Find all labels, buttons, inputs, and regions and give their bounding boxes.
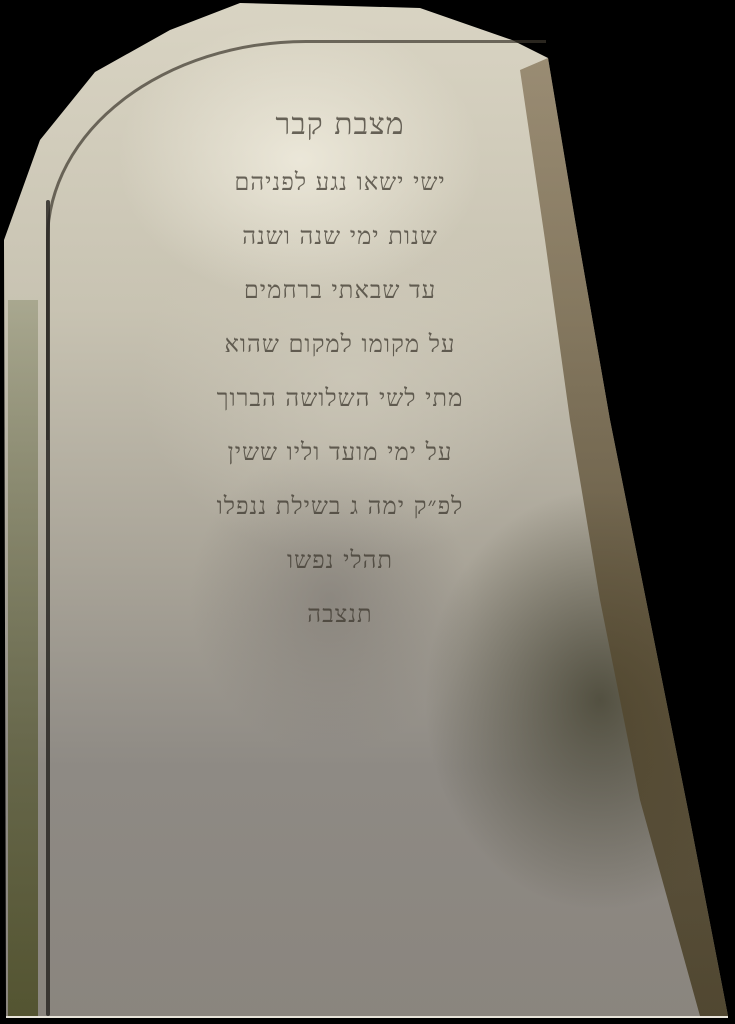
inscription-line: מתי לשי השלושה הברוך <box>120 371 560 425</box>
photo-bottom-border <box>6 1016 728 1018</box>
inscription-footer: תהלי נפשו <box>120 533 560 587</box>
inscription-line: שנות ימי שנה ושנה <box>120 209 560 263</box>
inscription-line: על ימי מועד וליו ששין <box>120 425 560 479</box>
inscription-line: על מקומו למקום שהוא <box>120 317 560 371</box>
inscription-line: לפ״ק ימה ג בשילת ננפלו <box>120 479 560 533</box>
inscription-line: עד שבאתי ברחמים <box>120 263 560 317</box>
hebrew-inscription: מצבת קבר ישי ישאו נגע לפניהם שנות ימי שנ… <box>120 95 560 641</box>
inscription-line: ישי ישאו נגע לפניהם <box>120 155 560 209</box>
inscription-footer-tnzbh: תנצבה <box>120 587 560 641</box>
carved-vertical-groove <box>46 200 50 1016</box>
stone-left-edge-moss <box>8 300 38 1016</box>
inscription-header: מצבת קבר <box>120 95 560 155</box>
photo-scene: מצבת קבר ישי ישאו נגע לפניהם שנות ימי שנ… <box>0 0 735 1024</box>
